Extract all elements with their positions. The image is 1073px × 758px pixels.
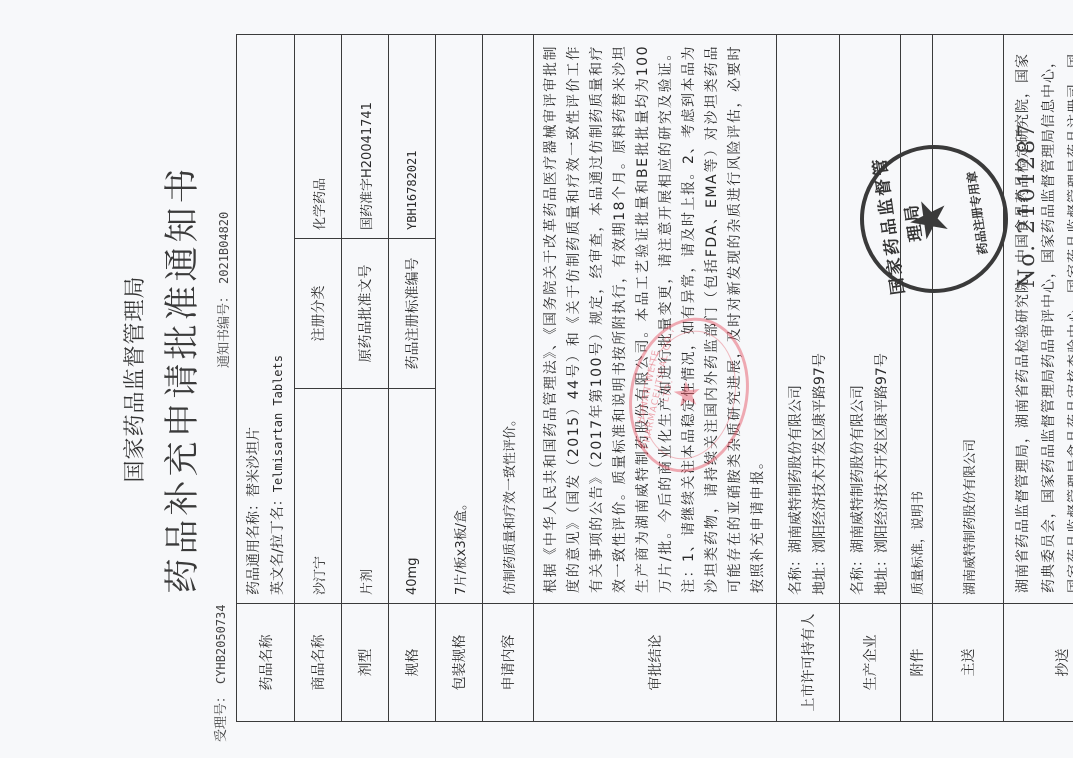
manufacturer-name-label: 名称： bbox=[850, 553, 866, 595]
original-approval-number-label: 原药品批准文号 bbox=[342, 239, 389, 389]
generic-name-label: 药品通用名称： bbox=[246, 497, 262, 595]
manufacturer-address: 浏阳经济技术开发区康平路97号 bbox=[874, 353, 890, 553]
mah-address: 浏阳经济技术开发区康平路97号 bbox=[812, 353, 828, 553]
mah-name-label: 名称： bbox=[788, 553, 804, 595]
row-dosage-form: 剂型 片剂 原药品批准文号 国药准字H20041741 bbox=[342, 35, 389, 722]
english-name-value: Telmisartan Tablets bbox=[271, 355, 285, 492]
drug-name-label: 药品名称 bbox=[237, 604, 295, 722]
packaging-value: 7片/板x3板/盒。 bbox=[436, 35, 483, 604]
row-drug-name: 药品名称 药品通用名称：替米沙坦片 英文名/拉丁名：Telmisartan Ta… bbox=[237, 35, 295, 722]
application-content-value: 仿制药质量和疗效一致性评价。 bbox=[483, 35, 534, 604]
main-recipient-value: 湖南威特制药股份有限公司 bbox=[933, 35, 1004, 604]
cc-label: 抄送 bbox=[1004, 604, 1073, 722]
manufacturer-value: 名称：湖南威特制药股份有限公司 地址：浏阳经济技术开发区康平路97号 bbox=[840, 35, 901, 604]
row-manufacturer: 生产企业 名称：湖南威特制药股份有限公司 地址：浏阳经济技术开发区康平路97号 bbox=[840, 35, 901, 722]
issuing-agency: 国家药品监督管理局 bbox=[118, 0, 149, 758]
mah-address-label: 地址： bbox=[812, 553, 828, 595]
trade-name-value: 沙汀宁 bbox=[295, 389, 342, 604]
packaging-label: 包装规格 bbox=[436, 604, 483, 722]
approval-form-table: 药品名称 药品通用名称：替米沙坦片 英文名/拉丁名：Telmisartan Ta… bbox=[236, 34, 1073, 722]
acceptance-number: 受理号：CYHB2050734 bbox=[210, 605, 229, 743]
serial-number: No. 2101287 bbox=[1015, 122, 1040, 288]
manufacturer-address-label: 地址： bbox=[874, 553, 890, 595]
notice-number-label: 通知书编号： bbox=[217, 290, 232, 368]
row-strength: 规格 40mg 药品注册标准编号 YBH16782021 bbox=[389, 35, 436, 722]
cc-value: 湖南省药品监督管理局，湖南省药品检验研究院，中国食品药品检定研究院，国家药典委员… bbox=[1004, 35, 1073, 604]
mah-name: 湖南威特制药股份有限公司 bbox=[788, 385, 804, 553]
registration-standard-value: YBH16782021 bbox=[389, 35, 436, 239]
strength-label: 规格 bbox=[389, 604, 436, 722]
application-content-label: 申请内容 bbox=[483, 604, 534, 722]
manufacturer-name: 湖南威特制药股份有限公司 bbox=[850, 385, 866, 553]
english-name-label: 英文名/拉丁名： bbox=[270, 492, 286, 595]
row-mah: 上市许可持有人 名称：湖南威特制药股份有限公司 地址：浏阳经济技术开发区康平路9… bbox=[777, 35, 840, 722]
approval-notice-page: 国家药品监督管理局 药品补充申请批准通知书 受理号：CYHB2050734 通知… bbox=[0, 0, 1073, 758]
notice-number-value: 2021B04820 bbox=[217, 212, 231, 284]
row-trade-name: 商品名称 沙汀宁 注册分类 化学药品 bbox=[295, 35, 342, 722]
mah-label: 上市许可持有人 bbox=[777, 604, 840, 722]
attachments-value: 质量标准，说明书 bbox=[901, 35, 933, 604]
attachments-label: 附件 bbox=[901, 604, 933, 722]
row-attachments: 附件 质量标准，说明书 bbox=[901, 35, 933, 722]
strength-value: 40mg bbox=[389, 389, 436, 604]
registration-category-value: 化学药品 bbox=[295, 35, 342, 239]
conclusion-label: 审批结论 bbox=[534, 604, 777, 722]
main-recipient-label: 主送 bbox=[933, 604, 1004, 722]
row-main-recipient: 主送 湖南威特制药股份有限公司 bbox=[933, 35, 1004, 722]
row-application-content: 申请内容 仿制药质量和疗效一致性评价。 bbox=[483, 35, 534, 722]
trade-name-label: 商品名称 bbox=[295, 604, 342, 722]
manufacturer-label: 生产企业 bbox=[840, 604, 901, 722]
acceptance-number-value: CYHB2050734 bbox=[214, 605, 228, 684]
dosage-form-label: 剂型 bbox=[342, 604, 389, 722]
original-approval-number-value: 国药准字H20041741 bbox=[342, 35, 389, 239]
generic-name-value: 替米沙坦片 bbox=[246, 427, 262, 497]
notice-number: 通知书编号：2021B04820 bbox=[213, 212, 232, 368]
row-packaging: 包装规格 7片/板x3板/盒。 bbox=[436, 35, 483, 722]
conclusion-text: 根据《中华人民共和国药品管理法》、《国务院关于改革药品医疗器械审评审批制度的意见… bbox=[534, 35, 777, 604]
registration-standard-label: 药品注册标准编号 bbox=[389, 239, 436, 389]
document-title: 药品补充申请批准通知书 bbox=[155, 0, 205, 758]
acceptance-number-label: 受理号： bbox=[214, 690, 229, 742]
row-conclusion: 审批结论 根据《中华人民共和国药品管理法》、《国务院关于改革药品医疗器械审评审批… bbox=[534, 35, 777, 722]
registration-category-label: 注册分类 bbox=[295, 239, 342, 389]
mah-value: 名称：湖南威特制药股份有限公司 地址：浏阳经济技术开发区康平路97号 bbox=[777, 35, 840, 604]
drug-name-value: 药品通用名称：替米沙坦片 英文名/拉丁名：Telmisartan Tablets bbox=[237, 35, 295, 604]
dosage-form-value: 片剂 bbox=[342, 389, 389, 604]
